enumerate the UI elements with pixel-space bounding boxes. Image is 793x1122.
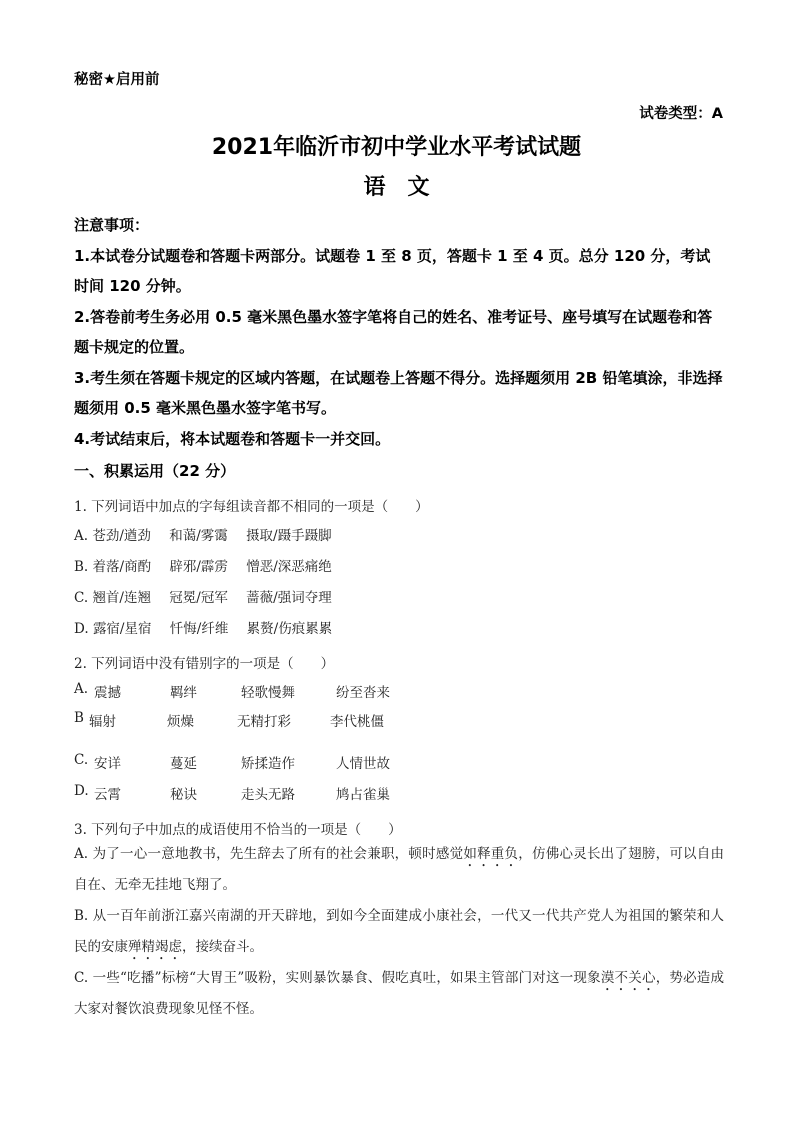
q1-option-d[interactable]: D. 露宿/星宿 忏悔/纤维 累赘/伤痕累累 <box>74 617 332 637</box>
option-label: C. <box>74 752 88 768</box>
q1-option-c[interactable]: C. 翘首/连翘 冠冕/冠军 蔷薇/强词夺理 <box>74 586 332 606</box>
word: 纷至沓来 <box>336 681 390 701</box>
q3-option-b[interactable]: B. 从一百年前浙江嘉兴南湖的开天辟地，到如今全面建成小康社会，一代又一代共产党… <box>74 901 724 963</box>
word: 矫揉造作 <box>241 752 295 772</box>
word: 秘诀 <box>170 783 197 803</box>
word-group: 着落/商酌 <box>93 559 152 575</box>
option-label: C. <box>74 590 88 606</box>
dotted-idiom: 漠不关心 <box>601 970 656 986</box>
option-label: A. <box>74 528 88 544</box>
q1-option-b[interactable]: B. 着落/商酌 辟邪/霹雳 憎恶/深恶痛绝 <box>74 555 332 575</box>
note-item: 3.考生须在答题卡规定的区域内答题，在试题卷上答题不得分。选择题须用 2B 铅笔… <box>74 363 724 424</box>
word: 安详 <box>94 752 121 772</box>
q3-option-a[interactable]: A. 为了一心一意地教书，先生辞去了所有的社会兼职，顿时感觉如释重负，仿佛心灵长… <box>74 839 724 901</box>
word: 轻歌慢舞 <box>241 681 295 701</box>
question-1-stem: 1. 下列词语中加点的字每组读音都不相同的一项是（ ） <box>74 495 429 515</box>
word-group: 翘首/连翘 <box>92 590 151 606</box>
notes-heading: 注意事项： <box>74 210 724 241</box>
word-group: 憎恶/深恶痛绝 <box>246 559 332 575</box>
word: 李代桃僵 <box>330 710 384 730</box>
q2-option-c[interactable]: C. 安详 蔓延 矫揉造作 人情世故 <box>74 752 434 772</box>
note-item: 4.考试结束后，将本试题卷和答题卡一并交回。 <box>74 424 724 455</box>
q3-option-c[interactable]: C. 一些“吃播”标榜“大胃王”吸粉，实则暴饮暴食、假吃真吐，如果主管部门对这一… <box>74 963 724 1025</box>
word-group: 累赘/伤痕累累 <box>247 621 333 637</box>
question-2-stem: 2. 下列词语中没有错别字的一项是（ ） <box>74 652 334 672</box>
option-label: A. <box>74 846 88 862</box>
word-group: 冠冕/冠军 <box>169 590 228 606</box>
note-item: 1.本试卷分试题卷和答题卡两部分。试题卷 1 至 8 页，答题卡 1 至 4 页… <box>74 241 724 302</box>
confidential-label: 秘密★启用前 <box>74 68 160 89</box>
dotted-idiom: 殚精竭虑 <box>128 939 182 955</box>
q2-option-a[interactable]: A. 震撼 羁绊 轻歌慢舞 纷至沓来 <box>74 681 434 701</box>
word-group: 摄取/蹑手蹑脚 <box>246 528 332 544</box>
word-group: 露宿/星宿 <box>93 621 152 637</box>
option-label: B <box>74 710 84 726</box>
option-label: A. <box>74 681 88 697</box>
word: 云霄 <box>94 783 121 803</box>
option-label: D. <box>74 621 89 637</box>
section-heading: 一、积累运用（22 分） <box>74 460 235 481</box>
question-3-stem: 3. 下列句子中加点的成语使用不恰当的一项是（ ） <box>74 818 402 838</box>
option-label: B. <box>74 908 88 924</box>
word-group: 忏悔/纤维 <box>170 621 229 637</box>
word: 无精打彩 <box>237 710 291 730</box>
subject-title: 语文 <box>0 170 793 201</box>
word-group: 苍劲/遒劲 <box>92 528 151 544</box>
note-item: 2.答卷前考生务必用 0.5 毫米黑色墨水签字笔将自己的姓名、准考证号、座号填写… <box>74 302 724 363</box>
q2-option-b[interactable]: B 辐射 烦燥 无精打彩 李代桃僵 <box>74 710 434 730</box>
word: 震撼 <box>94 681 121 701</box>
word: 羁绊 <box>170 681 197 701</box>
q3-options: A. 为了一心一意地教书，先生辞去了所有的社会兼职，顿时感觉如释重负，仿佛心灵长… <box>74 839 724 1025</box>
q2-option-d[interactable]: D. 云霄 秘诀 走头无路 鸠占雀巢 <box>74 783 434 803</box>
word-group: 和蔼/雾霭 <box>169 528 228 544</box>
word: 人情世故 <box>336 752 390 772</box>
option-label: D. <box>74 783 89 799</box>
dotted-idiom: 如释重负 <box>463 846 518 862</box>
word: 走头无路 <box>241 783 295 803</box>
word: 鸠占雀巢 <box>336 783 390 803</box>
word: 烦燥 <box>167 710 194 730</box>
word: 蔓延 <box>170 752 197 772</box>
sentence-text: ，接续奋斗。 <box>182 939 263 955</box>
sentence-text: 一些“吃播”标榜“大胃王”吸粉，实则暴饮暴食、假吃真吐，如果主管部门对这一现象 <box>93 970 601 986</box>
notes-block: 注意事项： 1.本试卷分试题卷和答题卡两部分。试题卷 1 至 8 页，答题卡 1… <box>74 210 724 454</box>
q1-option-a[interactable]: A. 苍劲/遒劲 和蔼/雾霭 摄取/蹑手蹑脚 <box>74 524 332 544</box>
sentence-text: 为了一心一意地教书，先生辞去了所有的社会兼职，顿时感觉 <box>93 846 464 862</box>
paper-type: 试卷类型：A <box>639 102 723 123</box>
word-group: 蔷薇/强词夺理 <box>246 590 332 606</box>
page-title: 2021年临沂市初中学业水平考试试题 <box>0 130 793 161</box>
option-label: C. <box>74 970 88 986</box>
word-group: 辟邪/霹雳 <box>169 559 228 575</box>
word: 辐射 <box>89 710 116 730</box>
option-label: B. <box>74 559 88 575</box>
